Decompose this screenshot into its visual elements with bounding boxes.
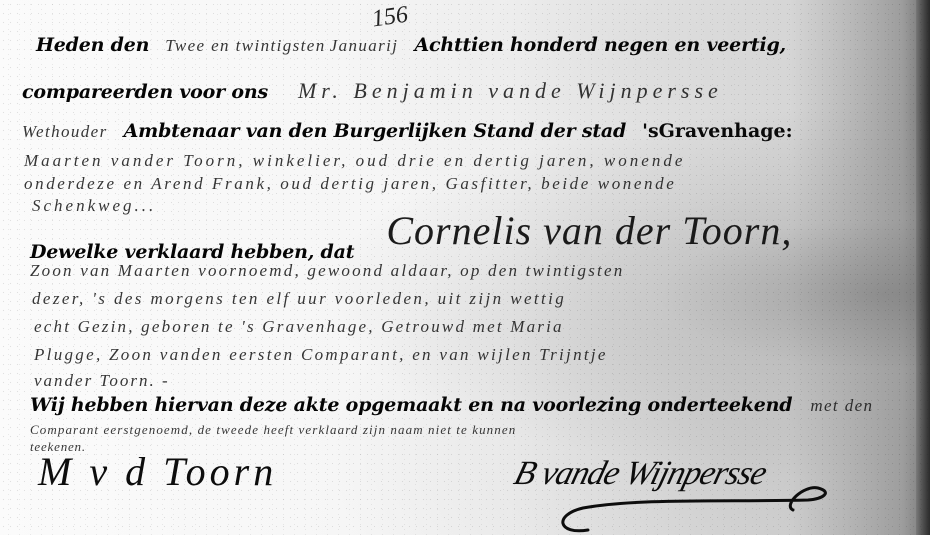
printed-compareerden: compareerden voor ons bbox=[22, 83, 268, 102]
record-line-declared: Dewelke verklaard hebben, dat Cornelis v… bbox=[30, 225, 792, 265]
handwritten-month: Januarij bbox=[330, 37, 399, 54]
handwritten-child-name: Cornelis van der Toorn, bbox=[386, 211, 792, 251]
handwritten-wethouder: Wethouder bbox=[22, 123, 108, 140]
handwritten-detail-2: dezer, 's des morgens ten elf uur voorle… bbox=[32, 290, 566, 307]
record-line-appeared: compareerden voor ons Mr. Benjamin vande… bbox=[22, 80, 723, 102]
handwritten-closing-1: Comparant eerstgenoemd, de tweede heeft … bbox=[30, 423, 516, 436]
handwritten-comparant-1: Maarten vander Toorn, winkelier, oud dri… bbox=[24, 152, 685, 169]
printed-year: Achttien honderd negen en veertig, bbox=[414, 36, 786, 55]
handwritten-detail-5: vander Toorn. - bbox=[34, 372, 170, 389]
scanned-birth-record: 156 Heden den Twee en twintigsten Januar… bbox=[0, 0, 930, 535]
printed-city: 'sGravenhage: bbox=[642, 122, 793, 141]
printed-closing-formula: Wij hebben hiervan deze akte opgemaakt e… bbox=[30, 396, 792, 415]
signature-comparant: M v d Toorn bbox=[38, 448, 277, 495]
record-line-official: Wethouder Ambtenaar van den Burgerlijken… bbox=[22, 122, 793, 141]
handwritten-met-den: met den bbox=[810, 397, 873, 414]
handwritten-residence: Schenkweg... bbox=[32, 197, 156, 214]
handwritten-official-name: Mr. Benjamin vande Wijnpersse bbox=[298, 80, 723, 102]
handwritten-detail-3: echt Gezin, geboren te 's Gravenhage, Ge… bbox=[34, 318, 564, 335]
handwritten-comparant-2: onderdeze en Arend Frank, oud dertig jar… bbox=[24, 175, 676, 192]
handwritten-day: Twee en twintigsten bbox=[165, 37, 325, 54]
printed-dewelke: Dewelke verklaard hebben, dat bbox=[30, 243, 354, 262]
signature-flourish-icon bbox=[548, 480, 838, 535]
printed-ambtenaar: Ambtenaar van den Burgerlijken Stand der… bbox=[124, 122, 627, 141]
handwritten-detail-1: Zoon van Maarten voornoemd, gewoond alda… bbox=[30, 262, 624, 279]
record-line-closing: Wij hebben hiervan deze akte opgemaakt e… bbox=[30, 396, 873, 415]
printed-heden-den: Heden den bbox=[36, 36, 149, 55]
act-number: 156 bbox=[370, 2, 409, 34]
page-edge-shadow bbox=[916, 0, 930, 535]
record-line-date: Heden den Twee en twintigsten Januarij A… bbox=[36, 36, 786, 55]
handwritten-detail-4: Plugge, Zoon vanden eersten Comparant, e… bbox=[34, 346, 608, 363]
